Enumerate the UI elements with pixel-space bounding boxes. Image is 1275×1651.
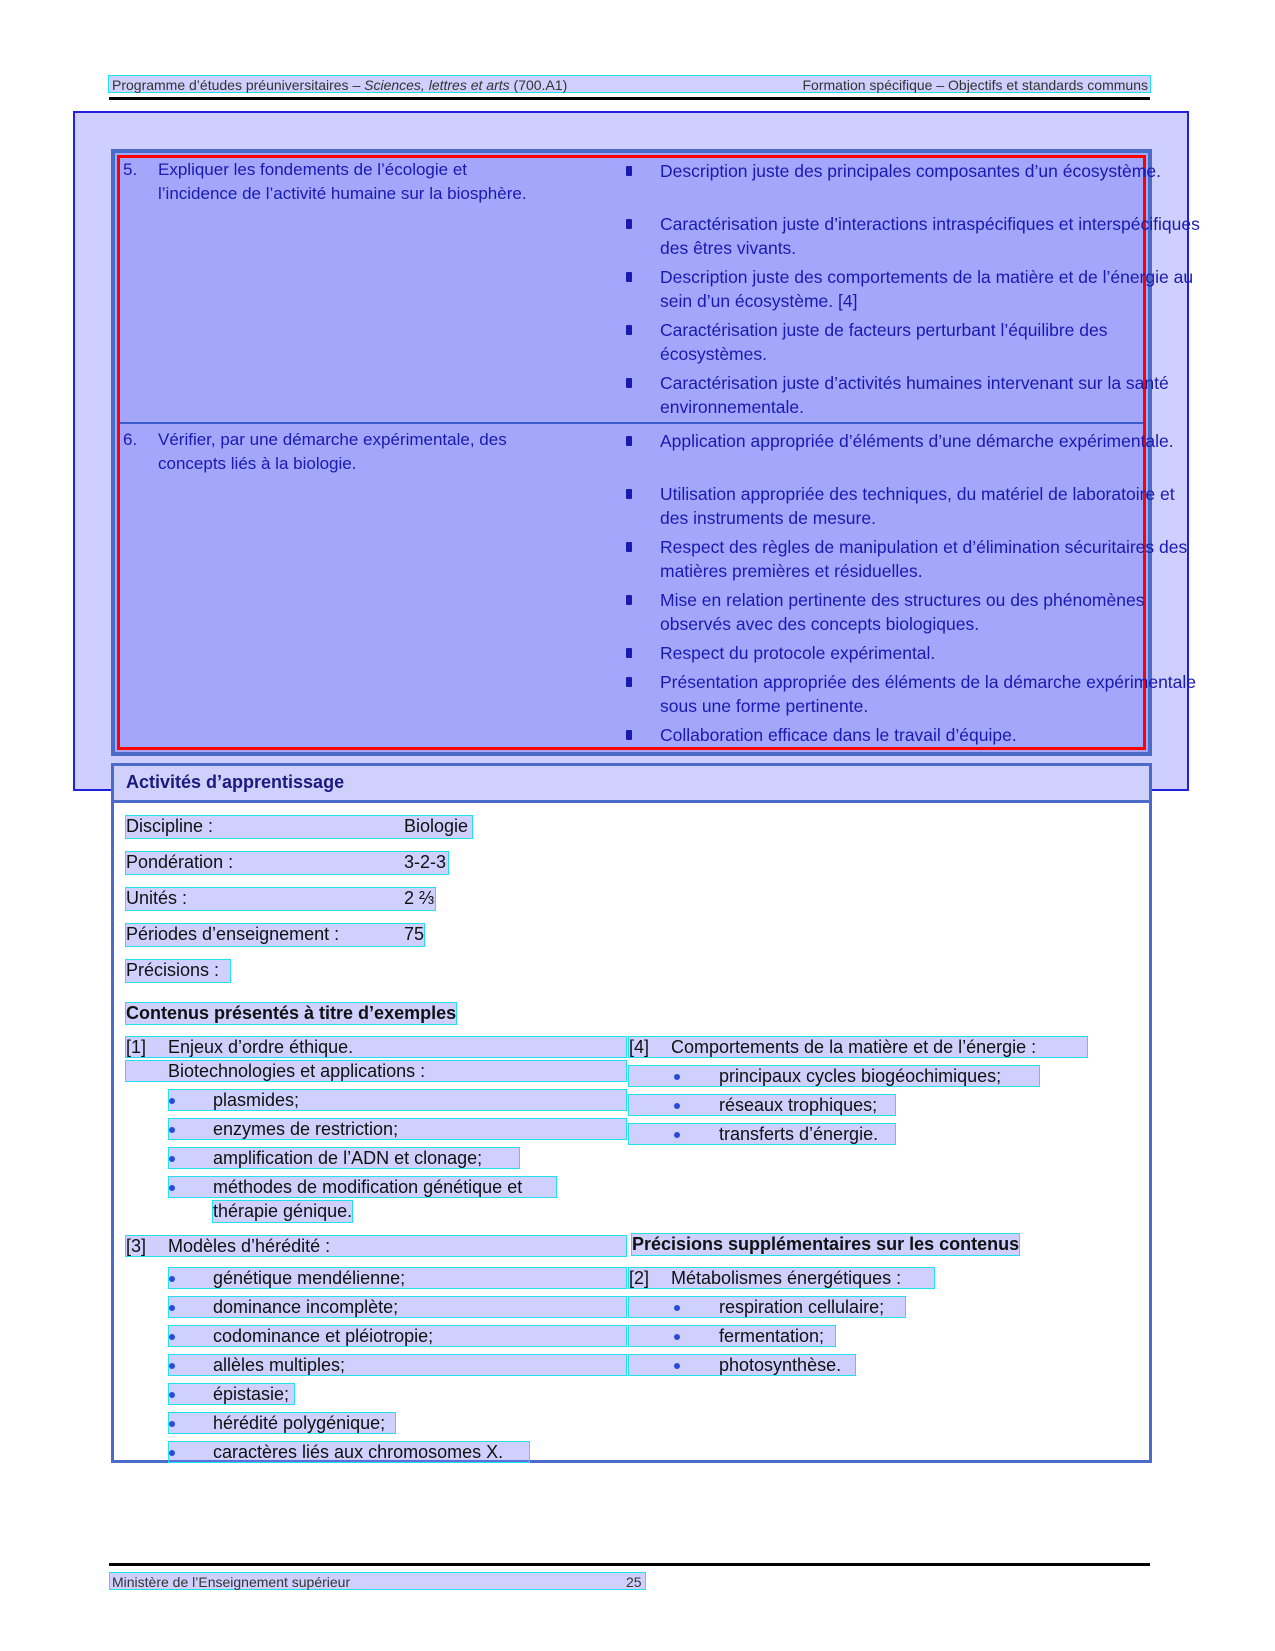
bullet-icon — [169, 1276, 175, 1282]
criterion-item: Mise en relation pertinente des structur… — [660, 588, 1200, 636]
page-footer: Ministère de l’Enseignement supérieur 25 — [109, 1563, 1150, 1592]
competency-number: 5. — [123, 160, 137, 180]
bullet-icon — [626, 219, 632, 229]
criterion-item: Utilisation appropriée des techniques, d… — [660, 482, 1200, 530]
page-header: Programme d’études préuniversitaires – S… — [109, 75, 1150, 100]
bullet-icon — [674, 1334, 680, 1340]
bullet-icon — [626, 436, 632, 446]
example-bullet: épistasie; — [169, 1384, 294, 1404]
bullet-icon — [626, 542, 632, 552]
criterion-item: Description juste des principales compos… — [660, 159, 1200, 183]
competency-objective: Vérifier, par une démarche expérimentale… — [158, 428, 528, 476]
example-bullet: transferts d’énergie. — [629, 1124, 895, 1144]
page-number: 25 — [626, 1574, 642, 1590]
bullet-icon — [626, 648, 632, 658]
bullet-icon — [626, 272, 632, 282]
example-bullet: enzymes de restriction; — [169, 1119, 626, 1139]
bullet-icon — [626, 677, 632, 687]
example-bullet: dominance incomplète; — [169, 1297, 626, 1317]
extra-precisions-title: Précisions supplémentaires sur les conte… — [632, 1234, 1019, 1255]
bullet-icon — [169, 1305, 175, 1311]
criterion-item: Application appropriée d’éléments d’une … — [660, 429, 1200, 453]
footer-ministry: Ministère de l’Enseignement supérieur — [112, 1574, 350, 1590]
bullet-icon — [626, 378, 632, 388]
bullet-icon — [626, 595, 632, 605]
field-precisions: Précisions : — [126, 960, 230, 982]
bullet-icon — [169, 1127, 175, 1133]
bullet-icon — [626, 325, 632, 335]
criterion-item: Caractérisation juste d’interactions int… — [660, 212, 1200, 260]
bullet-icon — [674, 1074, 680, 1080]
bullet-icon — [169, 1392, 175, 1398]
header-section-title: Formation spécifique – Objectifs et stan… — [803, 77, 1149, 93]
competency-number: 6. — [123, 430, 137, 450]
example-bullet: amplification de l’ADN et clonage; — [169, 1148, 519, 1168]
example-bullet: plasmides; — [169, 1090, 626, 1110]
bullet-icon — [674, 1305, 680, 1311]
example-bullet: réseaux trophiques; — [629, 1095, 895, 1115]
criterion-item: Caractérisation juste de facteurs pertur… — [660, 318, 1200, 366]
bullet-icon — [169, 1334, 175, 1340]
field-discipline: Discipline :Biologie — [126, 816, 472, 838]
activities-header: Activités d’apprentissage — [114, 766, 1149, 803]
example-item: [3]Modèles d’hérédité : — [126, 1236, 626, 1256]
competency-table-inner: 5. Expliquer les fondements de l’écologi… — [117, 155, 1146, 750]
extra-bullet: fermentation; — [629, 1326, 835, 1346]
example-bullet: codominance et pléiotropie; — [169, 1326, 626, 1346]
field-ponderation: Pondération :3-2-3 — [126, 852, 448, 874]
competency-objective: Expliquer les fondements de l’écologie e… — [158, 158, 528, 206]
criterion-item: Description juste des comportements de l… — [660, 265, 1200, 313]
bullet-icon — [169, 1098, 175, 1104]
bullet-icon — [674, 1103, 680, 1109]
example-item: [4]Comportements de la matière et de l’é… — [629, 1037, 1087, 1057]
example-bullet: génétique mendélienne; — [169, 1268, 626, 1288]
example-bullet: caractères liés aux chromosomes X. — [169, 1442, 529, 1462]
field-periodes: Périodes d’enseignement :75 — [126, 924, 424, 946]
example-bullet: allèles multiples; — [169, 1355, 626, 1375]
bullet-icon — [169, 1156, 175, 1162]
bullet-icon — [169, 1363, 175, 1369]
example-bullet: hérédité polygénique; — [169, 1413, 395, 1433]
extra-bullet: photosynthèse. — [629, 1355, 855, 1375]
examples-title: Contenus présentés à titre d’exemples — [126, 1003, 456, 1024]
competency-table: 5. Expliquer les fondements de l’écologi… — [111, 149, 1152, 756]
bullet-icon — [674, 1363, 680, 1369]
bullet-icon — [169, 1185, 175, 1191]
field-unites: Unités :2 ⅔ — [126, 888, 435, 910]
bullet-icon — [626, 489, 632, 499]
row-divider — [120, 422, 1143, 424]
example-item: [1]Enjeux d’ordre éthique. — [126, 1037, 626, 1057]
criterion-item: Respect du protocole expérimental. — [660, 641, 1200, 665]
example-item: Biotechnologies et applications : — [126, 1061, 626, 1081]
bullet-icon — [626, 166, 632, 176]
activities-box: Activités d’apprentissage Discipline :Bi… — [111, 763, 1152, 1463]
bullet-icon — [674, 1132, 680, 1138]
bullet-icon — [626, 730, 632, 740]
criterion-item: Collaboration efficace dans le travail d… — [660, 723, 1200, 747]
extra-item: [2]Métabolismes énergétiques : — [629, 1268, 934, 1288]
extra-bullet: respiration cellulaire; — [629, 1297, 905, 1317]
example-bullet: principaux cycles biogéochimiques; — [629, 1066, 1039, 1086]
activities-title: Activités d’apprentissage — [126, 772, 344, 793]
bullet-icon — [169, 1421, 175, 1427]
example-bullet: méthodes de modification génétique et — [169, 1177, 556, 1197]
criterion-item: Présentation appropriée des éléments de … — [660, 670, 1200, 718]
criterion-item: Caractérisation juste d’activités humain… — [660, 371, 1200, 419]
bullet-icon — [169, 1450, 175, 1456]
criterion-item: Respect des règles de manipulation et d’… — [660, 535, 1200, 583]
header-program-title: Programme d’études préuniversitaires – S… — [112, 77, 567, 93]
